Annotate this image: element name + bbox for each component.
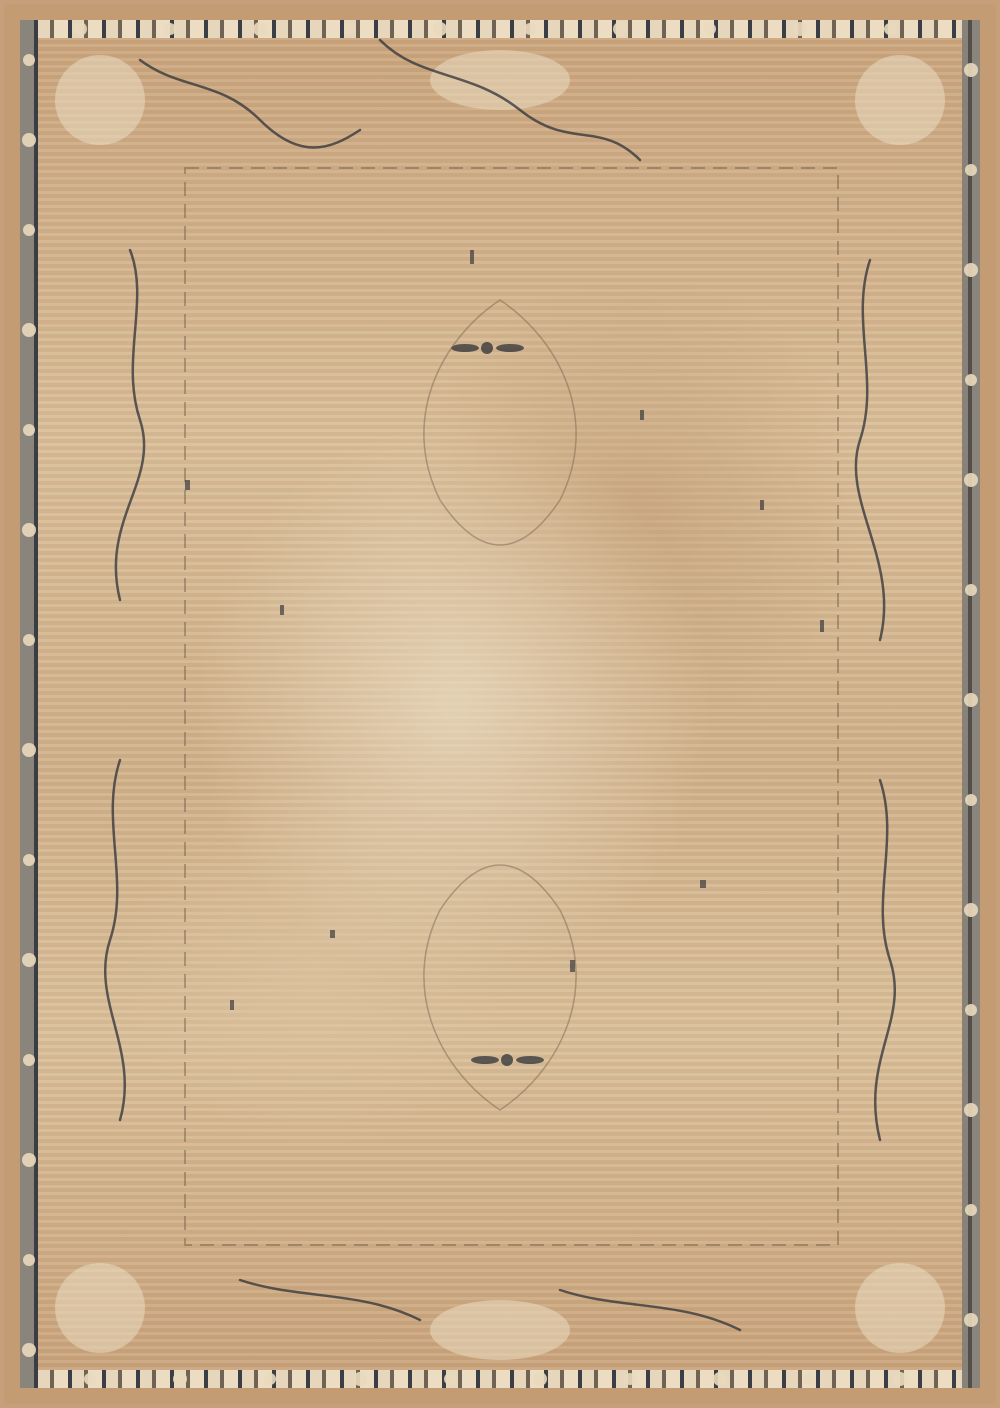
rug-image bbox=[0, 0, 1000, 1408]
rug-pattern-overlay bbox=[0, 0, 1000, 1408]
